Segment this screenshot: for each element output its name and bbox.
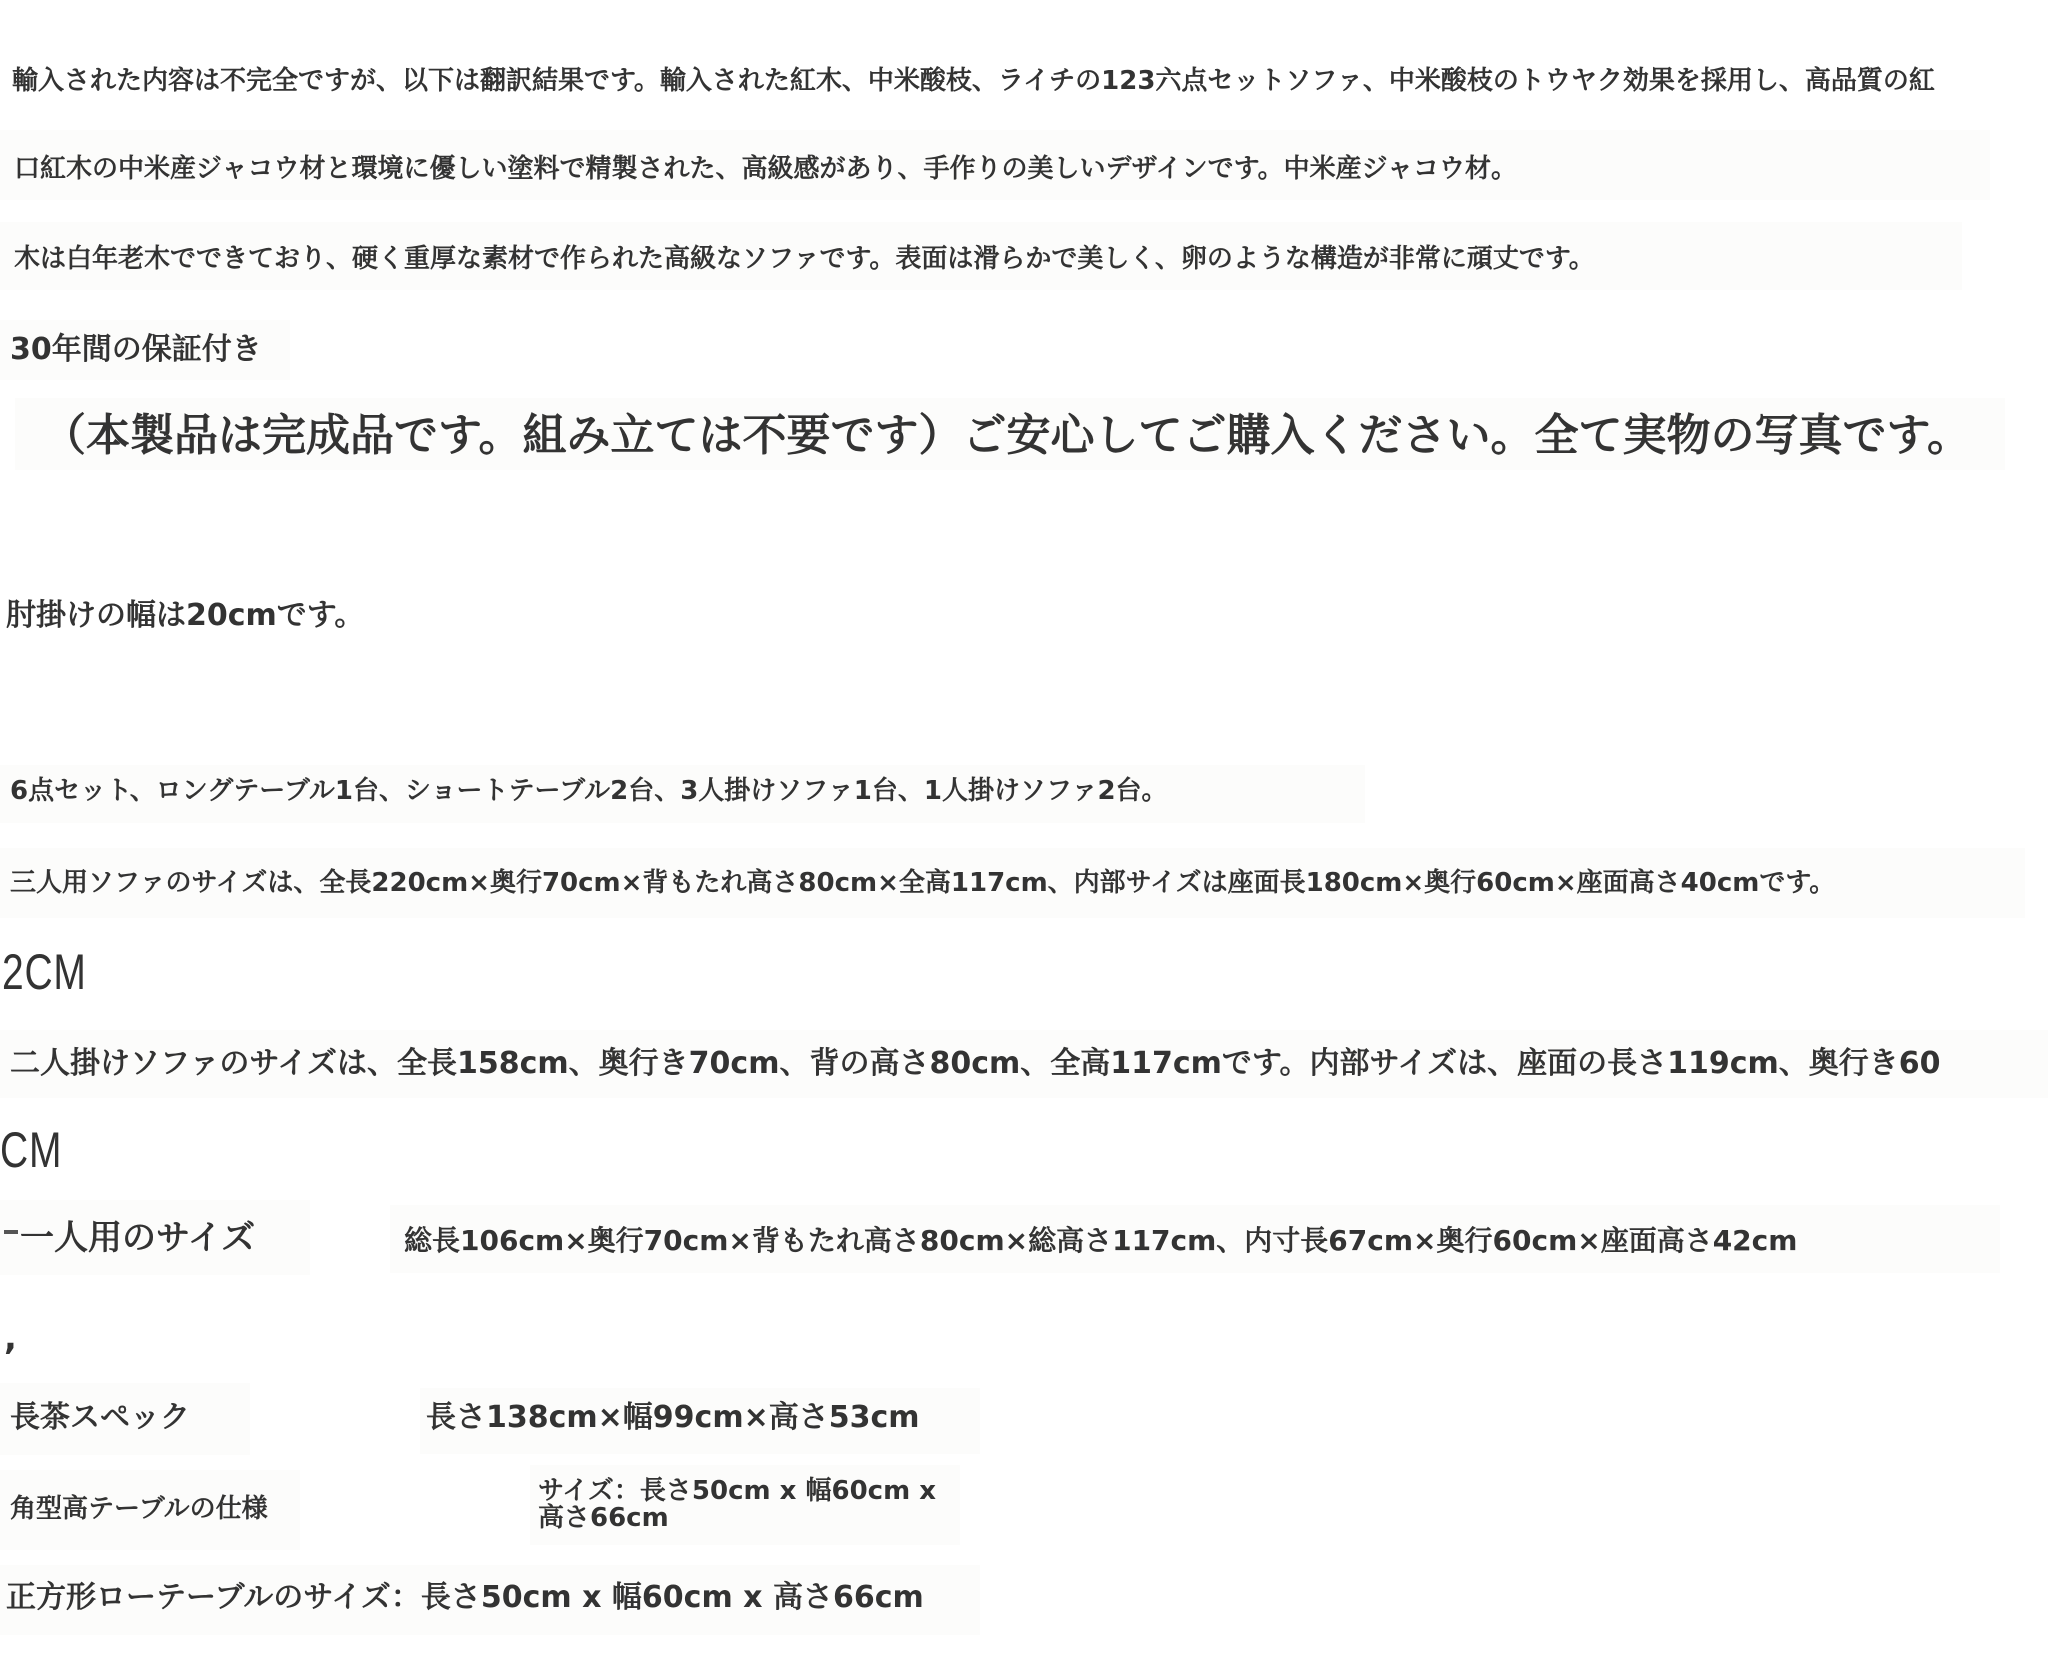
two-seater-size-text: 二人掛けソファのサイズは、全長158cm、奥行き70cm、背の高さ80cm、全高… bbox=[10, 1046, 1941, 1082]
completed-product-notice: （本製品は完成品です。組み立ては不要です）ご安心してご購入ください。全て実物の写… bbox=[42, 410, 1971, 463]
two-seater-fragment: CM bbox=[0, 1120, 62, 1180]
intro-line-3: 木は白年老木でできており、硬く重厚な素材で作られた高級なソファです。表面は滑らか… bbox=[14, 244, 1595, 275]
three-seater-fragment: 2CM bbox=[2, 942, 87, 1002]
armrest-width-text: 肘掛けの幅は20cmです。 bbox=[6, 598, 364, 634]
intro-line-2: 口紅木の中米産ジャコウ材と環境に優しい塗料で精製された、高級感があり、手作りの美… bbox=[14, 154, 1517, 185]
stray-comma: , bbox=[4, 1318, 17, 1359]
dash-mark bbox=[4, 1230, 18, 1234]
three-seater-size-text: 三人用ソファのサイズは、全長220cm×奥行70cm×背もたれ高さ80cm×全高… bbox=[10, 868, 1835, 899]
square-low-table-size-text: 正方形ローテーブルのサイズ：長さ50cm x 幅60cm x 高さ66cm bbox=[6, 1580, 924, 1616]
warranty-text: 30年間の保証付き bbox=[10, 332, 262, 368]
set-contents-text: 6点セット、ロングテーブル1台、ショートテーブル2台、3人掛けソファ1台、1人掛… bbox=[10, 776, 1168, 807]
single-seater-size-value: 総長106cm×奥行70cm×背もたれ高さ80cm×総高さ117cm、内寸長67… bbox=[404, 1224, 1797, 1258]
long-table-label: 長茶スペック bbox=[10, 1400, 190, 1436]
intro-line-1: 輸入された内容は不完全ですが、以下は翻訳結果です。輸入された紅木、中米酸枝、ライ… bbox=[12, 66, 1935, 97]
square-high-table-size-value: サイズ：長さ50cm x 幅60cm x 高さ66cm bbox=[538, 1478, 958, 1533]
square-high-table-label: 角型高テーブルの仕様 bbox=[10, 1494, 268, 1525]
single-seater-label: 一人用のサイズ bbox=[20, 1218, 255, 1259]
long-table-size-value: 長さ138cm×幅99cm×高さ53cm bbox=[426, 1400, 920, 1436]
